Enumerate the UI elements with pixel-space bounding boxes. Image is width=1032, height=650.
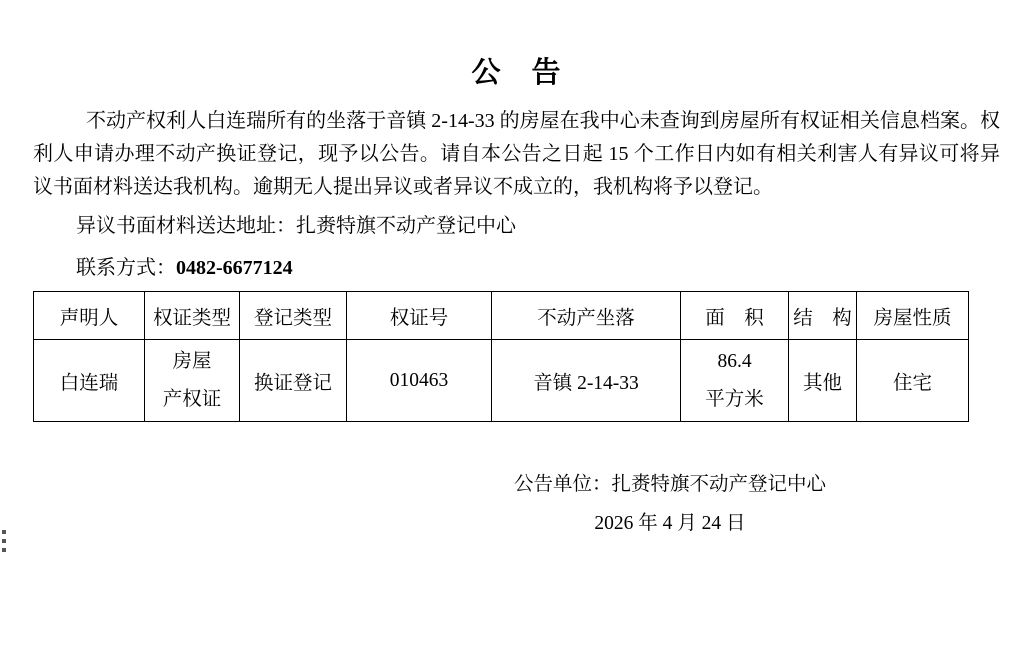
- notice-document: 公 告 不动产权利人白连瑞所有的坐落于音镇 2-14-33 的房屋在我中心未查询…: [0, 52, 1032, 540]
- cell-cert-type: 房屋 产权证: [145, 340, 240, 422]
- cell-reg-type: 换证登记: [240, 340, 347, 422]
- cell-declarant: 白连瑞: [34, 340, 145, 422]
- edge-dot: [2, 530, 6, 534]
- table-header-row: 声明人 权证类型 登记类型 权证号 不动产坐落 面 积 结 构 房屋性质: [34, 292, 969, 340]
- header-cert-type: 权证类型: [145, 292, 240, 340]
- notice-table: 声明人 权证类型 登记类型 权证号 不动产坐落 面 积 结 构 房屋性质 白连瑞…: [33, 291, 969, 422]
- cell-cert-type-line1: 房屋: [147, 343, 237, 381]
- cell-area-line1: 86.4: [683, 343, 786, 381]
- footer-date-line: 2026 年 4 月 24 日: [340, 507, 1000, 540]
- header-reg-type: 登记类型: [240, 292, 347, 340]
- footer-unit-line: 公告单位：扎赉特旗不动产登记中心: [340, 468, 1000, 501]
- contact-line: 联系方式：0482-6677124: [33, 252, 1000, 285]
- header-declarant: 声明人: [34, 292, 145, 340]
- contact-number: 0482-6677124: [176, 257, 293, 279]
- cell-area-line2: 平方米: [683, 381, 786, 419]
- header-cert-no: 权证号: [347, 292, 492, 340]
- cell-property-type: 住宅: [857, 340, 969, 422]
- notice-footer: 公告单位：扎赉特旗不动产登记中心 2026 年 4 月 24 日: [340, 468, 1000, 540]
- cell-cert-type-line2: 产权证: [147, 381, 237, 419]
- edge-dot: [2, 548, 6, 552]
- header-location: 不动产坐落: [492, 292, 681, 340]
- notice-paragraph: 不动产权利人白连瑞所有的坐落于音镇 2-14-33 的房屋在我中心未查询到房屋所…: [33, 105, 1000, 204]
- edge-dot: [2, 539, 6, 543]
- cell-structure: 其他: [789, 340, 857, 422]
- contact-label: 联系方式：: [76, 257, 176, 279]
- cell-cert-no: 010463: [347, 340, 492, 422]
- left-edge-dots: [2, 530, 6, 552]
- page-title: 公 告: [33, 52, 1000, 94]
- header-structure: 结 构: [789, 292, 857, 340]
- address-line: 异议书面材料送达地址：扎赉特旗不动产登记中心: [33, 210, 1000, 243]
- cell-location: 音镇 2-14-33: [492, 340, 681, 422]
- header-area: 面 积: [681, 292, 789, 340]
- cell-area: 86.4 平方米: [681, 340, 789, 422]
- header-property-type: 房屋性质: [857, 292, 969, 340]
- table-row: 白连瑞 房屋 产权证 换证登记 010463 音镇 2-14-33 86.4 平…: [34, 340, 969, 422]
